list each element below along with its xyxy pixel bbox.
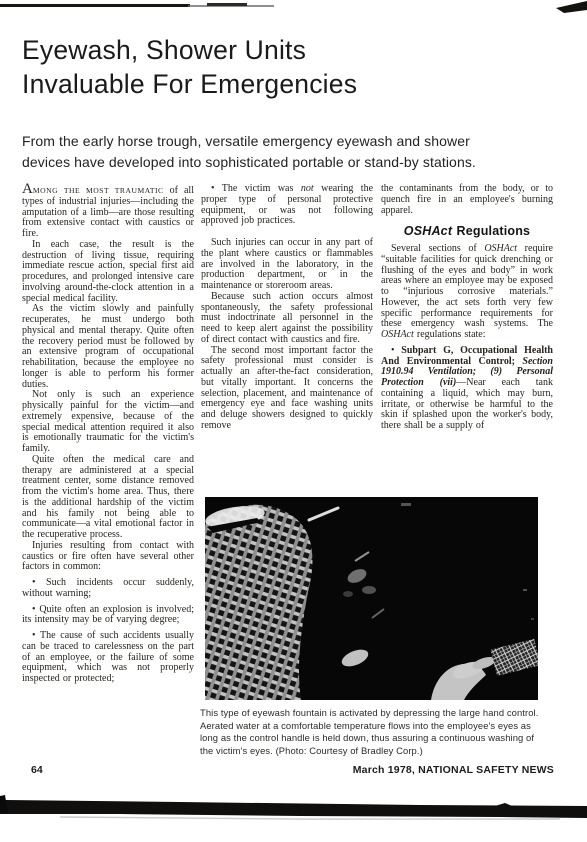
section-heading-oshact-regulations: OSHAct Regulations: [381, 226, 553, 237]
paragraph-segment-italic: OSHAct: [381, 329, 414, 340]
photo-speckle: [401, 503, 411, 506]
paragraph: Not only is such an experience physicall…: [22, 390, 194, 455]
scan-artifact-top-dash: [207, 3, 247, 6]
paragraph-continuation: the contaminants from the body, or to qu…: [381, 184, 553, 216]
paragraph: Injuries resulting from contact with cau…: [22, 541, 194, 573]
page-number: 64: [31, 764, 43, 776]
bullet-item: • Such incidents occur suddenly, without…: [22, 578, 194, 600]
article-title: Eyewash, Shower UnitsInvaluable For Emer…: [22, 33, 357, 101]
article-standfirst: From the early horse trough, versatile e…: [22, 131, 476, 172]
paragraph: Quite often the medical care and therapy…: [22, 455, 194, 541]
paragraph-segment: Several sections of: [391, 243, 484, 254]
bullet-item: • The victim was not wearing the proper …: [201, 184, 373, 227]
scan-artifact-top-line: [0, 4, 190, 7]
paragraph: Such injuries can occur in any part of t…: [201, 238, 373, 292]
paragraph-segment: regulations state:: [414, 329, 486, 340]
paragraph: As the victim slowly and painfully recup…: [22, 304, 194, 390]
photo-caption-line: long as the control handle is held down,…: [200, 732, 538, 745]
standfirst-line2: devices have developed into sophisticate…: [22, 154, 476, 170]
body-column-1: AMONG THE MOST TRAUMATIC of all types of…: [22, 184, 194, 685]
photo-caption-line: This type of eyewash fountain is activat…: [200, 707, 538, 720]
regulation-bullet-item: • Subpart G, Occupational Health And Env…: [381, 346, 553, 432]
paragraph: Because such action occurs almost sponta…: [201, 292, 373, 346]
body-column-2: • The victim was not wearing the proper …: [201, 184, 373, 432]
paragraph: Several sections of OSHAct require “suit…: [381, 244, 553, 341]
issue-date-publication: March 1978, NATIONAL SAFETY NEWS: [353, 764, 554, 776]
bullet-item: • The cause of such accidents usually ca…: [22, 631, 194, 685]
drop-cap: A: [22, 181, 33, 197]
paragraph: In each case, the result is the destruct…: [22, 240, 194, 305]
scanned-magazine-page: Eyewash, Shower UnitsInvaluable For Emer…: [0, 0, 587, 842]
scan-artifact-corner-mark: [556, 1, 587, 14]
photo-caption-line: the victim's eyes. (Photo: Courtesy of B…: [200, 745, 538, 758]
paragraph-segment: require “suitable facilities for quick d…: [381, 243, 553, 329]
small-caps-lead: MONG THE MOST TRAUMATIC: [33, 186, 164, 195]
bullet-glyph: •: [391, 345, 401, 356]
article-title-line1: Eyewash, Shower Units: [22, 35, 306, 65]
lead-paragraph: AMONG THE MOST TRAUMATIC of all types of…: [22, 184, 194, 240]
photo-plaid-shoulder: [205, 505, 312, 700]
article-title-line2: Invaluable For Emergencies: [22, 69, 357, 99]
paragraph: The second most important factor the saf…: [201, 346, 373, 432]
bullet-text-pre: • The victim was: [211, 183, 301, 194]
photo-caption-line: Aerated water at a comfortable temperatu…: [200, 720, 538, 733]
section-heading-rest: Regulations: [452, 224, 530, 238]
bullet-item: • Quite often an explosion is involved; …: [22, 605, 194, 627]
photo-caption: This type of eyewash fountain is activat…: [200, 707, 538, 758]
photo-speckle: [531, 618, 534, 620]
bullet-text-italic: not: [301, 183, 314, 194]
section-heading-italic: OSHAct: [404, 224, 452, 238]
eyewash-fountain-photo: [205, 497, 538, 700]
scan-artifact-bottom-bar: [0, 788, 587, 828]
standfirst-line1: From the early horse trough, versatile e…: [22, 133, 470, 149]
photo-face-highlight-3: [343, 591, 353, 597]
eyewash-fountain-photo-image: [205, 497, 538, 700]
photo-face-highlight-2: [362, 586, 376, 594]
paragraph-segment-italic: OSHAct: [484, 243, 517, 254]
photo-speckle: [523, 589, 527, 591]
body-column-3: the contaminants from the body, or to qu…: [381, 184, 553, 432]
